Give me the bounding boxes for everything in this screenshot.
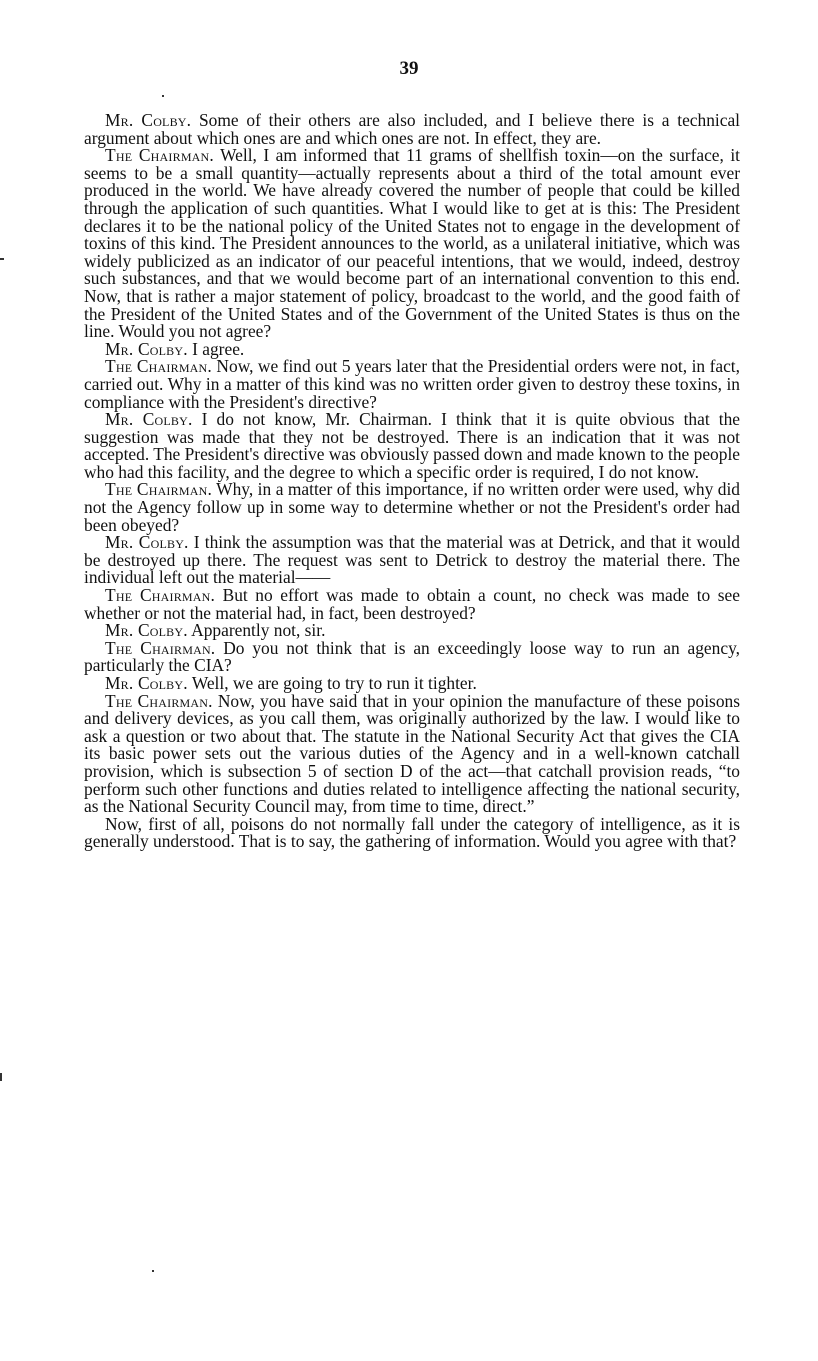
paragraph-chairman-5: The Chairman. Do you not think that is a… [84, 640, 740, 675]
paragraph-colby-3: Mr. Colby. I do not know, Mr. Chairman. … [84, 411, 740, 481]
hearing-transcript: Mr. Colby. Some of their others are also… [84, 112, 740, 851]
paragraph-text: Now, you have said that in your opinion … [84, 691, 740, 817]
scan-speck [0, 258, 4, 260]
paragraph-text: Well, I am informed that 11 grams of she… [84, 145, 740, 341]
paragraph-chairman-7: Now, first of all, poisons do not normal… [84, 816, 740, 851]
paragraph-colby-4: Mr. Colby. I think the assumption was th… [84, 534, 740, 587]
paragraph-chairman-4: The Chairman. But no effort was made to … [84, 587, 740, 622]
paragraph-chairman-3: The Chairman. Why, in a matter of this i… [84, 481, 740, 534]
scan-speck [0, 1073, 2, 1081]
paragraph-text: Now, first of all, poisons do not normal… [84, 814, 740, 852]
page-number: 39 [0, 58, 818, 80]
scan-speck [162, 95, 164, 97]
scan-speck [152, 1270, 154, 1272]
paragraph-chairman-2: The Chairman. Now, we find out 5 years l… [84, 358, 740, 411]
paragraph-chairman-6: The Chairman. Now, you have said that in… [84, 693, 740, 816]
paragraph-colby-1: Mr. Colby. Some of their others are also… [84, 112, 740, 147]
paragraph-chairman-1: The Chairman. Well, I am informed that 1… [84, 147, 740, 341]
